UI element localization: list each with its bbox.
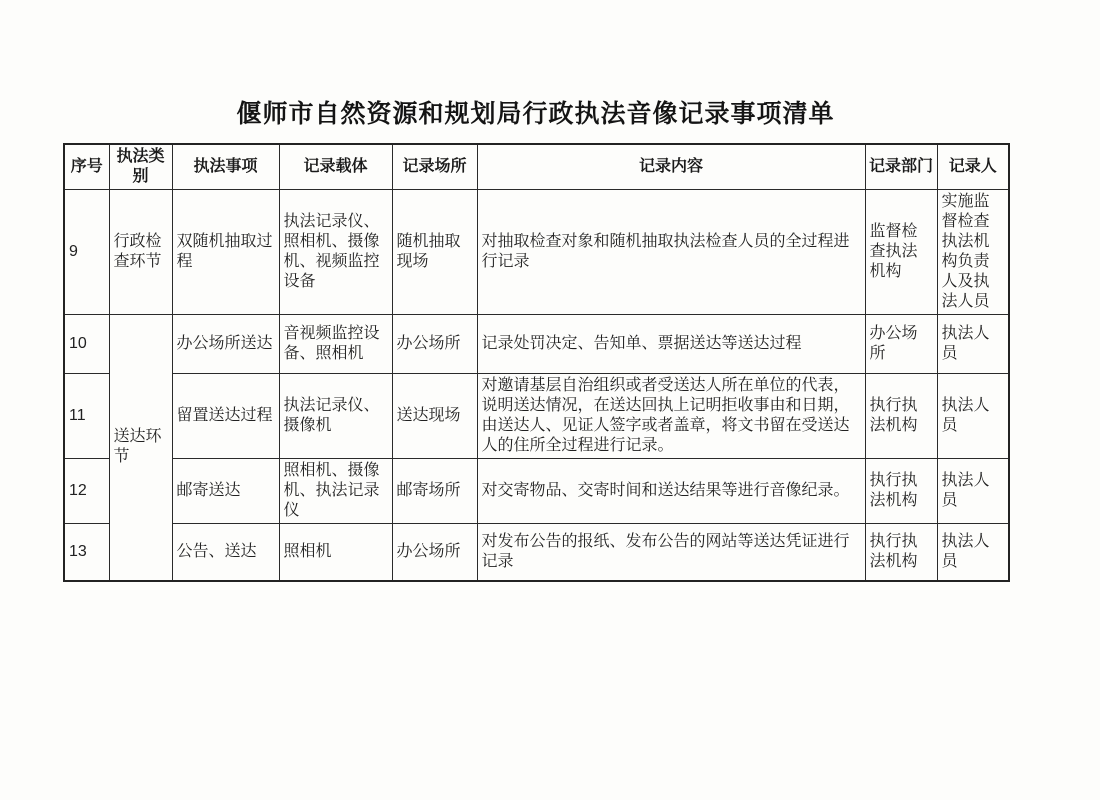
cell-department: 执行执法机构 xyxy=(865,374,937,459)
cell-no: 11 xyxy=(64,374,109,459)
cell-department: 监督检查执法机构 xyxy=(865,190,937,315)
cell-department: 执行执法机构 xyxy=(865,524,937,581)
cell-item: 留置送达过程 xyxy=(172,374,279,459)
table-header-row: 序号 执法类别 执法事项 记录载体 记录场所 记录内容 记录部门 记录人 xyxy=(64,144,1009,190)
table-row: 11 留置送达过程 执法记录仪、摄像机 送达现场 对邀请基层自治组织或者受送达人… xyxy=(64,374,1009,459)
cell-content: 对发布公告的报纸、发布公告的网站等送达凭证进行记录 xyxy=(477,524,865,581)
cell-item: 邮寄送达 xyxy=(172,459,279,524)
cell-recorder: 执法人员 xyxy=(937,459,1009,524)
cell-no: 12 xyxy=(64,459,109,524)
cell-carrier: 照相机、摄像机、执法记录仪 xyxy=(279,459,392,524)
cell-content: 对邀请基层自治组织或者受送达人所在单位的代表，说明送达情况，在送达回执上记明拒收… xyxy=(477,374,865,459)
cell-category-merged: 送达环节 xyxy=(109,315,172,581)
col-header-place: 记录场所 xyxy=(392,144,477,190)
cell-department: 执行执法机构 xyxy=(865,459,937,524)
cell-recorder: 实施监督检查执法机构负责人及执法人员 xyxy=(937,190,1009,315)
col-header-department: 记录部门 xyxy=(865,144,937,190)
cell-no: 13 xyxy=(64,524,109,581)
cell-department: 办公场所 xyxy=(865,315,937,374)
col-header-carrier: 记录载体 xyxy=(279,144,392,190)
col-header-no: 序号 xyxy=(64,144,109,190)
scanned-document-page: 偃师市自然资源和规划局行政执法音像记录事项清单 序号 执法类别 执法事项 记录载… xyxy=(0,0,1100,800)
cell-item: 双随机抽取过程 xyxy=(172,190,279,315)
cell-no: 9 xyxy=(64,190,109,315)
table-row: 10 送达环节 办公场所送达 音视频监控设备、照相机 办公场所 记录处罚决定、告… xyxy=(64,315,1009,374)
recording-items-table: 序号 执法类别 执法事项 记录载体 记录场所 记录内容 记录部门 记录人 9 行… xyxy=(63,143,1010,582)
col-header-item: 执法事项 xyxy=(172,144,279,190)
cell-item: 办公场所送达 xyxy=(172,315,279,374)
col-header-category: 执法类别 xyxy=(109,144,172,190)
col-header-content: 记录内容 xyxy=(477,144,865,190)
cell-recorder: 执法人员 xyxy=(937,524,1009,581)
table-row: 12 邮寄送达 照相机、摄像机、执法记录仪 邮寄场所 对交寄物品、交寄时间和送达… xyxy=(64,459,1009,524)
cell-carrier: 执法记录仪、摄像机 xyxy=(279,374,392,459)
cell-item: 公告、送达 xyxy=(172,524,279,581)
cell-content: 对交寄物品、交寄时间和送达结果等进行音像纪录。 xyxy=(477,459,865,524)
cell-place: 邮寄场所 xyxy=(392,459,477,524)
col-header-recorder: 记录人 xyxy=(937,144,1009,190)
cell-carrier: 执法记录仪、照相机、摄像机、视频监控设备 xyxy=(279,190,392,315)
cell-recorder: 执法人员 xyxy=(937,374,1009,459)
cell-place: 办公场所 xyxy=(392,524,477,581)
table-row: 13 公告、送达 照相机 办公场所 对发布公告的报纸、发布公告的网站等送达凭证进… xyxy=(64,524,1009,581)
cell-content: 对抽取检查对象和随机抽取执法检查人员的全过程进行记录 xyxy=(477,190,865,315)
cell-carrier: 照相机 xyxy=(279,524,392,581)
table-row: 9 行政检查环节 双随机抽取过程 执法记录仪、照相机、摄像机、视频监控设备 随机… xyxy=(64,190,1009,315)
cell-carrier: 音视频监控设备、照相机 xyxy=(279,315,392,374)
cell-place: 送达现场 xyxy=(392,374,477,459)
cell-place: 随机抽取现场 xyxy=(392,190,477,315)
cell-recorder: 执法人员 xyxy=(937,315,1009,374)
cell-no: 10 xyxy=(64,315,109,374)
cell-category: 行政检查环节 xyxy=(109,190,172,315)
page-title: 偃师市自然资源和规划局行政执法音像记录事项清单 xyxy=(63,94,1008,130)
cell-content: 记录处罚决定、告知单、票据送达等送达过程 xyxy=(477,315,865,374)
cell-place: 办公场所 xyxy=(392,315,477,374)
